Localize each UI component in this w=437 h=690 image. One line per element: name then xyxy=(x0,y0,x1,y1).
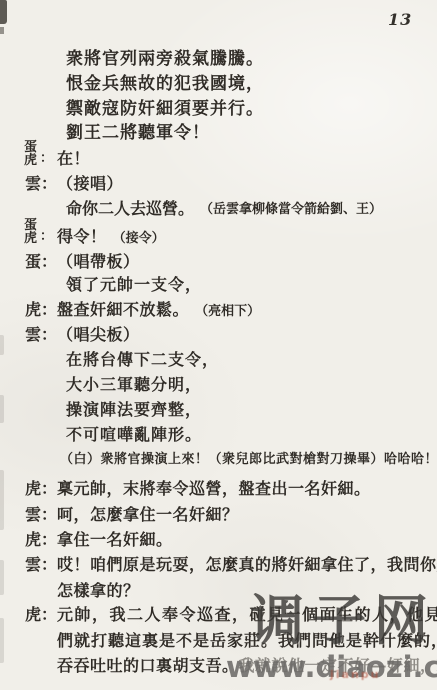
dialog-text: 哎！咱們原是玩耍，怎麼真的將奸細拿住了，我問你是 xyxy=(57,552,437,575)
stage-note: （岳雲拿柳條當令箭給劉、王） xyxy=(200,198,382,217)
speaker-yun: 雲： xyxy=(25,552,57,575)
sung-line: 領了元帥一支令， xyxy=(66,272,202,295)
verse-line: 衆將官列兩旁殺氣騰騰。 xyxy=(66,44,264,69)
dialog-text: 在！ xyxy=(57,146,90,169)
speaker-hu: 虎 xyxy=(24,232,37,245)
speaker-yun: 雲： xyxy=(25,171,57,194)
speaker-hu: 虎： xyxy=(25,476,57,499)
stage-note: （衆兒郎比武對槍對刀操畢） xyxy=(209,452,385,467)
dialog-text: 呵，怎麼拿住一名奸細？ xyxy=(57,502,239,525)
speaker-hu: 虎： xyxy=(25,527,57,550)
speaker-yun: 雲： xyxy=(25,502,57,525)
stage-note: （亮相下） xyxy=(195,304,260,319)
scan-edge-artifact xyxy=(0,27,4,34)
sung-line: 在將台傳下二支令， xyxy=(66,347,219,370)
label-colon: ： xyxy=(40,147,53,166)
speaker-dan: 蛋： xyxy=(25,249,57,272)
dialog-text: 怎樣拿的？ xyxy=(57,578,140,601)
scan-edge-artifact xyxy=(0,0,7,24)
stage-note: （接唱） xyxy=(57,171,123,194)
label-colon: ： xyxy=(40,225,53,244)
spoken-line: （白）衆將官操演上來！（衆兒郎比武對槍對刀操畢）哈哈哈！ xyxy=(60,448,437,467)
dialog-text: 盤查奸細不放鬆。 （亮相下） xyxy=(57,297,260,320)
dialog-text: 得令！ （接令） xyxy=(57,224,165,247)
speaker-label-stacked: 蛋 虎 xyxy=(24,141,37,167)
stage-note: （接令） xyxy=(113,231,165,246)
sung-line: 命你二人去巡營。 xyxy=(66,196,194,219)
speaker-hu: 虎： xyxy=(25,602,57,625)
watermark-site-name: 调子网 xyxy=(250,590,437,652)
page-number: 13 xyxy=(388,10,412,29)
scan-edge-smudge xyxy=(0,618,4,663)
speaker-hu: 虎 xyxy=(24,154,37,167)
speaker-label-stacked: 蛋 虎 xyxy=(24,219,37,245)
sung-line: 不可喧嘩亂陣形。 xyxy=(66,422,202,445)
verse-line: 禦敵寇防奸細須要并行。 xyxy=(66,94,264,119)
verse-line: 劉王二將聽軍令！ xyxy=(66,118,210,143)
speaker-yun: 雲： xyxy=(25,322,57,345)
dialog-text: 稟元帥，末將奉令巡營，盤查出一名奸細。 xyxy=(57,476,371,499)
scan-edge-smudge xyxy=(0,335,4,355)
scan-edge-smudge xyxy=(0,560,4,595)
sung-line: 操演陣法要齊整， xyxy=(66,397,202,420)
stage-note: （唱帶板） xyxy=(57,249,140,272)
sung-line: 大小三軍聽分明， xyxy=(66,372,202,395)
scanned-script-page: 13 衆將官列兩旁殺氣騰騰。 恨金兵無故的犯我國境， 禦敵寇防奸細須要并行。 劉… xyxy=(0,0,437,690)
stage-note: （唱尖板） xyxy=(57,322,140,345)
watermark-small-text: jianpu xyxy=(330,668,381,681)
verse-line: 恨金兵無故的犯我國境， xyxy=(66,69,264,94)
scan-edge-smudge xyxy=(0,470,4,530)
speaker-hu: 虎： xyxy=(25,297,57,320)
dialog-text: 拿住一名奸細。 xyxy=(57,527,173,550)
scan-edge-smudge xyxy=(0,395,4,423)
